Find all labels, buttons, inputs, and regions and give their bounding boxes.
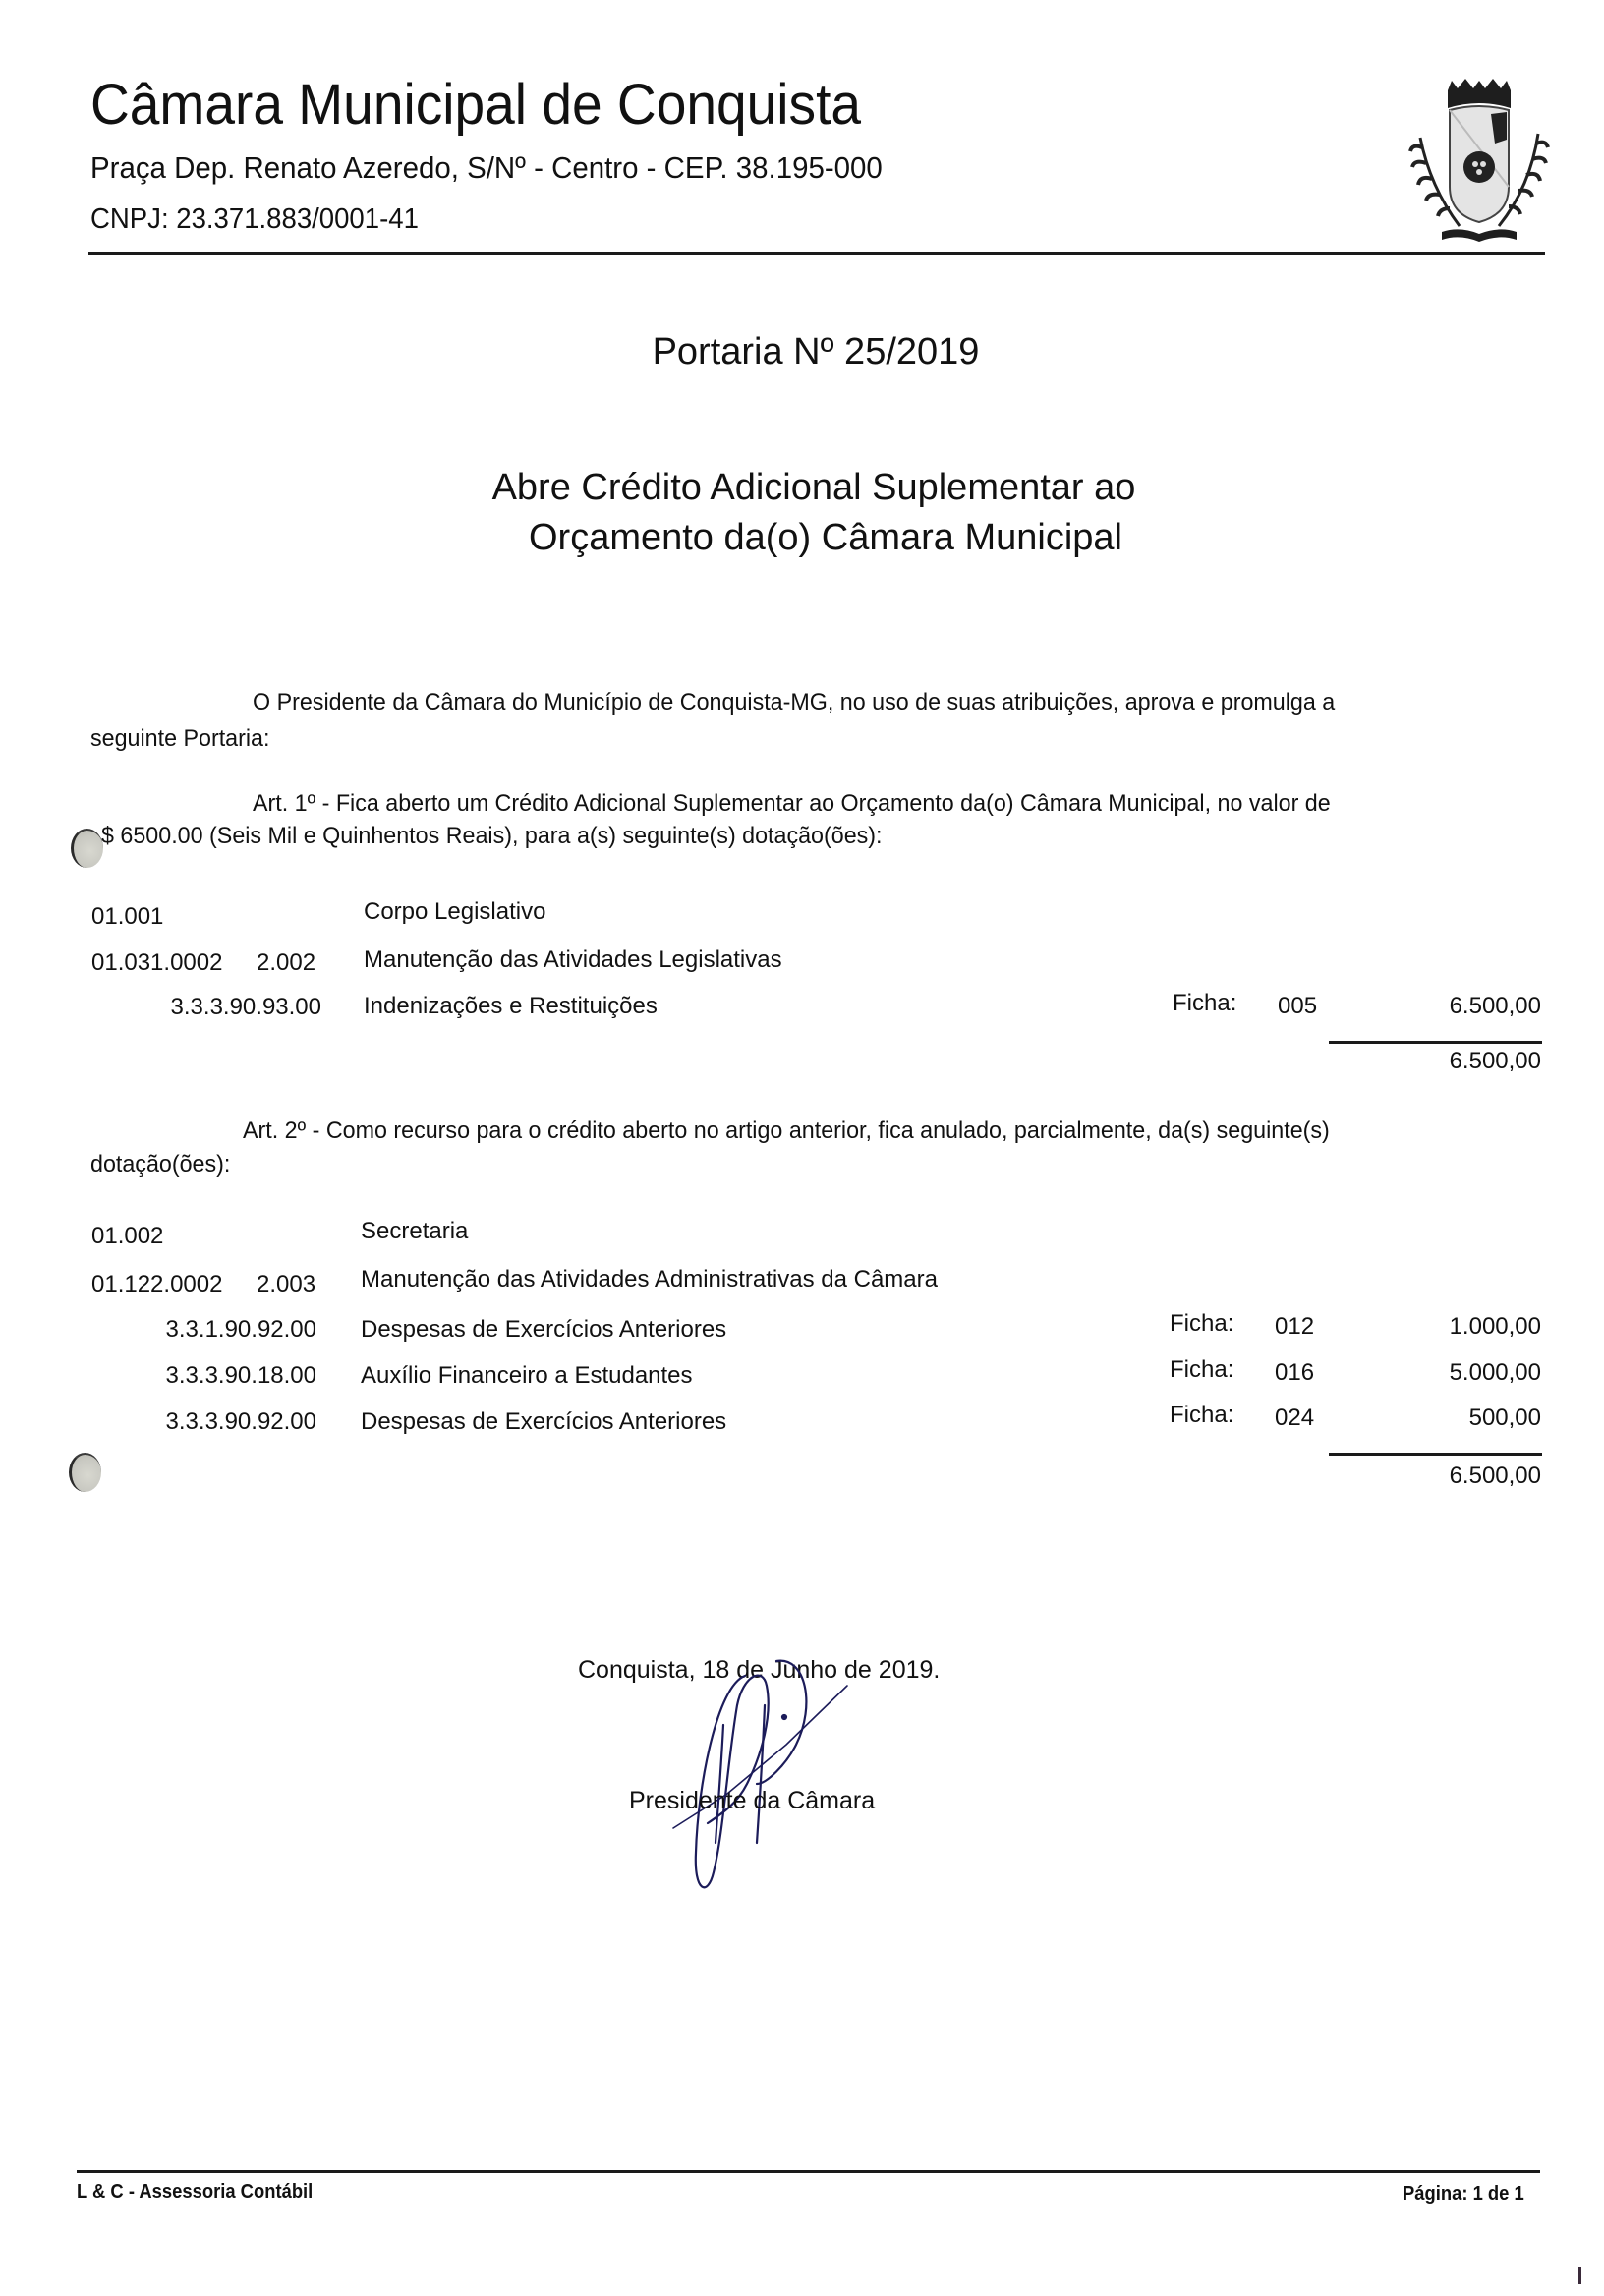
document-title: Portaria Nº 25/2019	[0, 333, 1604, 371]
article1-text-line1: Art. 1º - Fica aberto um Crédito Adicion…	[253, 792, 1331, 816]
article1-text-line2: $ 6500.00 (Seis Mil e Quinhentos Reais),…	[101, 825, 883, 848]
document-subtitle-line1: Abre Crédito Adicional Suplementar ao	[0, 469, 1604, 506]
ficha-number: 016	[1275, 1361, 1314, 1385]
item-amount: 6.500,00	[1325, 995, 1541, 1018]
action-name: Manutenção das Atividades Administrativa…	[361, 1268, 938, 1291]
institution-name: Câmara Municipal de Conquista	[90, 77, 861, 134]
header-divider	[88, 252, 1545, 255]
punch-hole	[71, 829, 103, 868]
ficha-label: Ficha:	[1173, 992, 1236, 1015]
institution-address: Praça Dep. Renato Azeredo, S/Nº - Centro…	[90, 152, 883, 183]
unit-code: 01.001	[91, 905, 163, 929]
ficha-label: Ficha:	[1170, 1358, 1233, 1382]
item-code: 3.3.3.90.18.00	[0, 1364, 316, 1388]
item-amount: 5.000,00	[1325, 1361, 1541, 1385]
item-name: Despesas de Exercícios Anteriores	[361, 1318, 726, 1342]
signature-icon	[668, 1646, 865, 1902]
action-name: Manutenção das Atividades Legislativas	[364, 948, 782, 972]
ficha-label: Ficha:	[1170, 1404, 1233, 1427]
article2-text-line2: dotação(ões):	[90, 1153, 230, 1177]
sum-divider	[1329, 1453, 1542, 1456]
item-code: 3.3.3.90.92.00	[0, 1410, 316, 1434]
item-code: 3.3.1.90.92.00	[0, 1318, 316, 1342]
document-subtitle-line2: Orçamento da(o) Câmara Municipal	[0, 519, 1604, 556]
unit-name: Corpo Legislativo	[364, 900, 545, 924]
ficha-label: Ficha:	[1170, 1312, 1233, 1336]
item-code: 3.3.3.90.93.00	[0, 996, 321, 1019]
item-name: Indenizações e Restituições	[364, 995, 658, 1018]
coat-of-arms-icon	[1401, 79, 1558, 246]
signer-title: Presidente da Câmara	[629, 1789, 875, 1813]
ficha-number: 012	[1275, 1315, 1314, 1339]
institution-cnpj: CNPJ: 23.371.883/0001-41	[90, 205, 419, 234]
action-code: 01.031.0002	[91, 951, 222, 975]
article2-text-line1: Art. 2º - Como recurso para o crédito ab…	[243, 1119, 1330, 1143]
punch-hole	[69, 1453, 101, 1492]
page-number: Página: 1 de 1	[1403, 2184, 1524, 2204]
unit-code: 01.002	[91, 1225, 163, 1248]
action-subcode: 2.002	[257, 951, 315, 975]
article2-total: 6.500,00	[1325, 1464, 1541, 1488]
item-amount: 1.000,00	[1325, 1315, 1541, 1339]
preamble-line1: O Presidente da Câmara do Município de C…	[253, 691, 1335, 715]
action-subcode: 2.003	[257, 1273, 315, 1296]
item-amount: 500,00	[1325, 1406, 1541, 1430]
item-name: Auxílio Financeiro a Estudantes	[361, 1364, 693, 1388]
footer-company: L & C - Assessoria Contábil	[77, 2182, 313, 2202]
footer-divider	[77, 2170, 1540, 2173]
preamble-line2: seguinte Portaria:	[90, 727, 269, 751]
action-code: 01.122.0002	[91, 1273, 222, 1296]
article1-total: 6.500,00	[1325, 1050, 1541, 1073]
item-name: Despesas de Exercícios Anteriores	[361, 1410, 726, 1434]
unit-name: Secretaria	[361, 1220, 468, 1243]
sum-divider	[1329, 1041, 1542, 1044]
scan-mark	[1578, 2267, 1581, 2284]
ficha-number: 005	[1278, 995, 1317, 1018]
ficha-number: 024	[1275, 1406, 1314, 1430]
